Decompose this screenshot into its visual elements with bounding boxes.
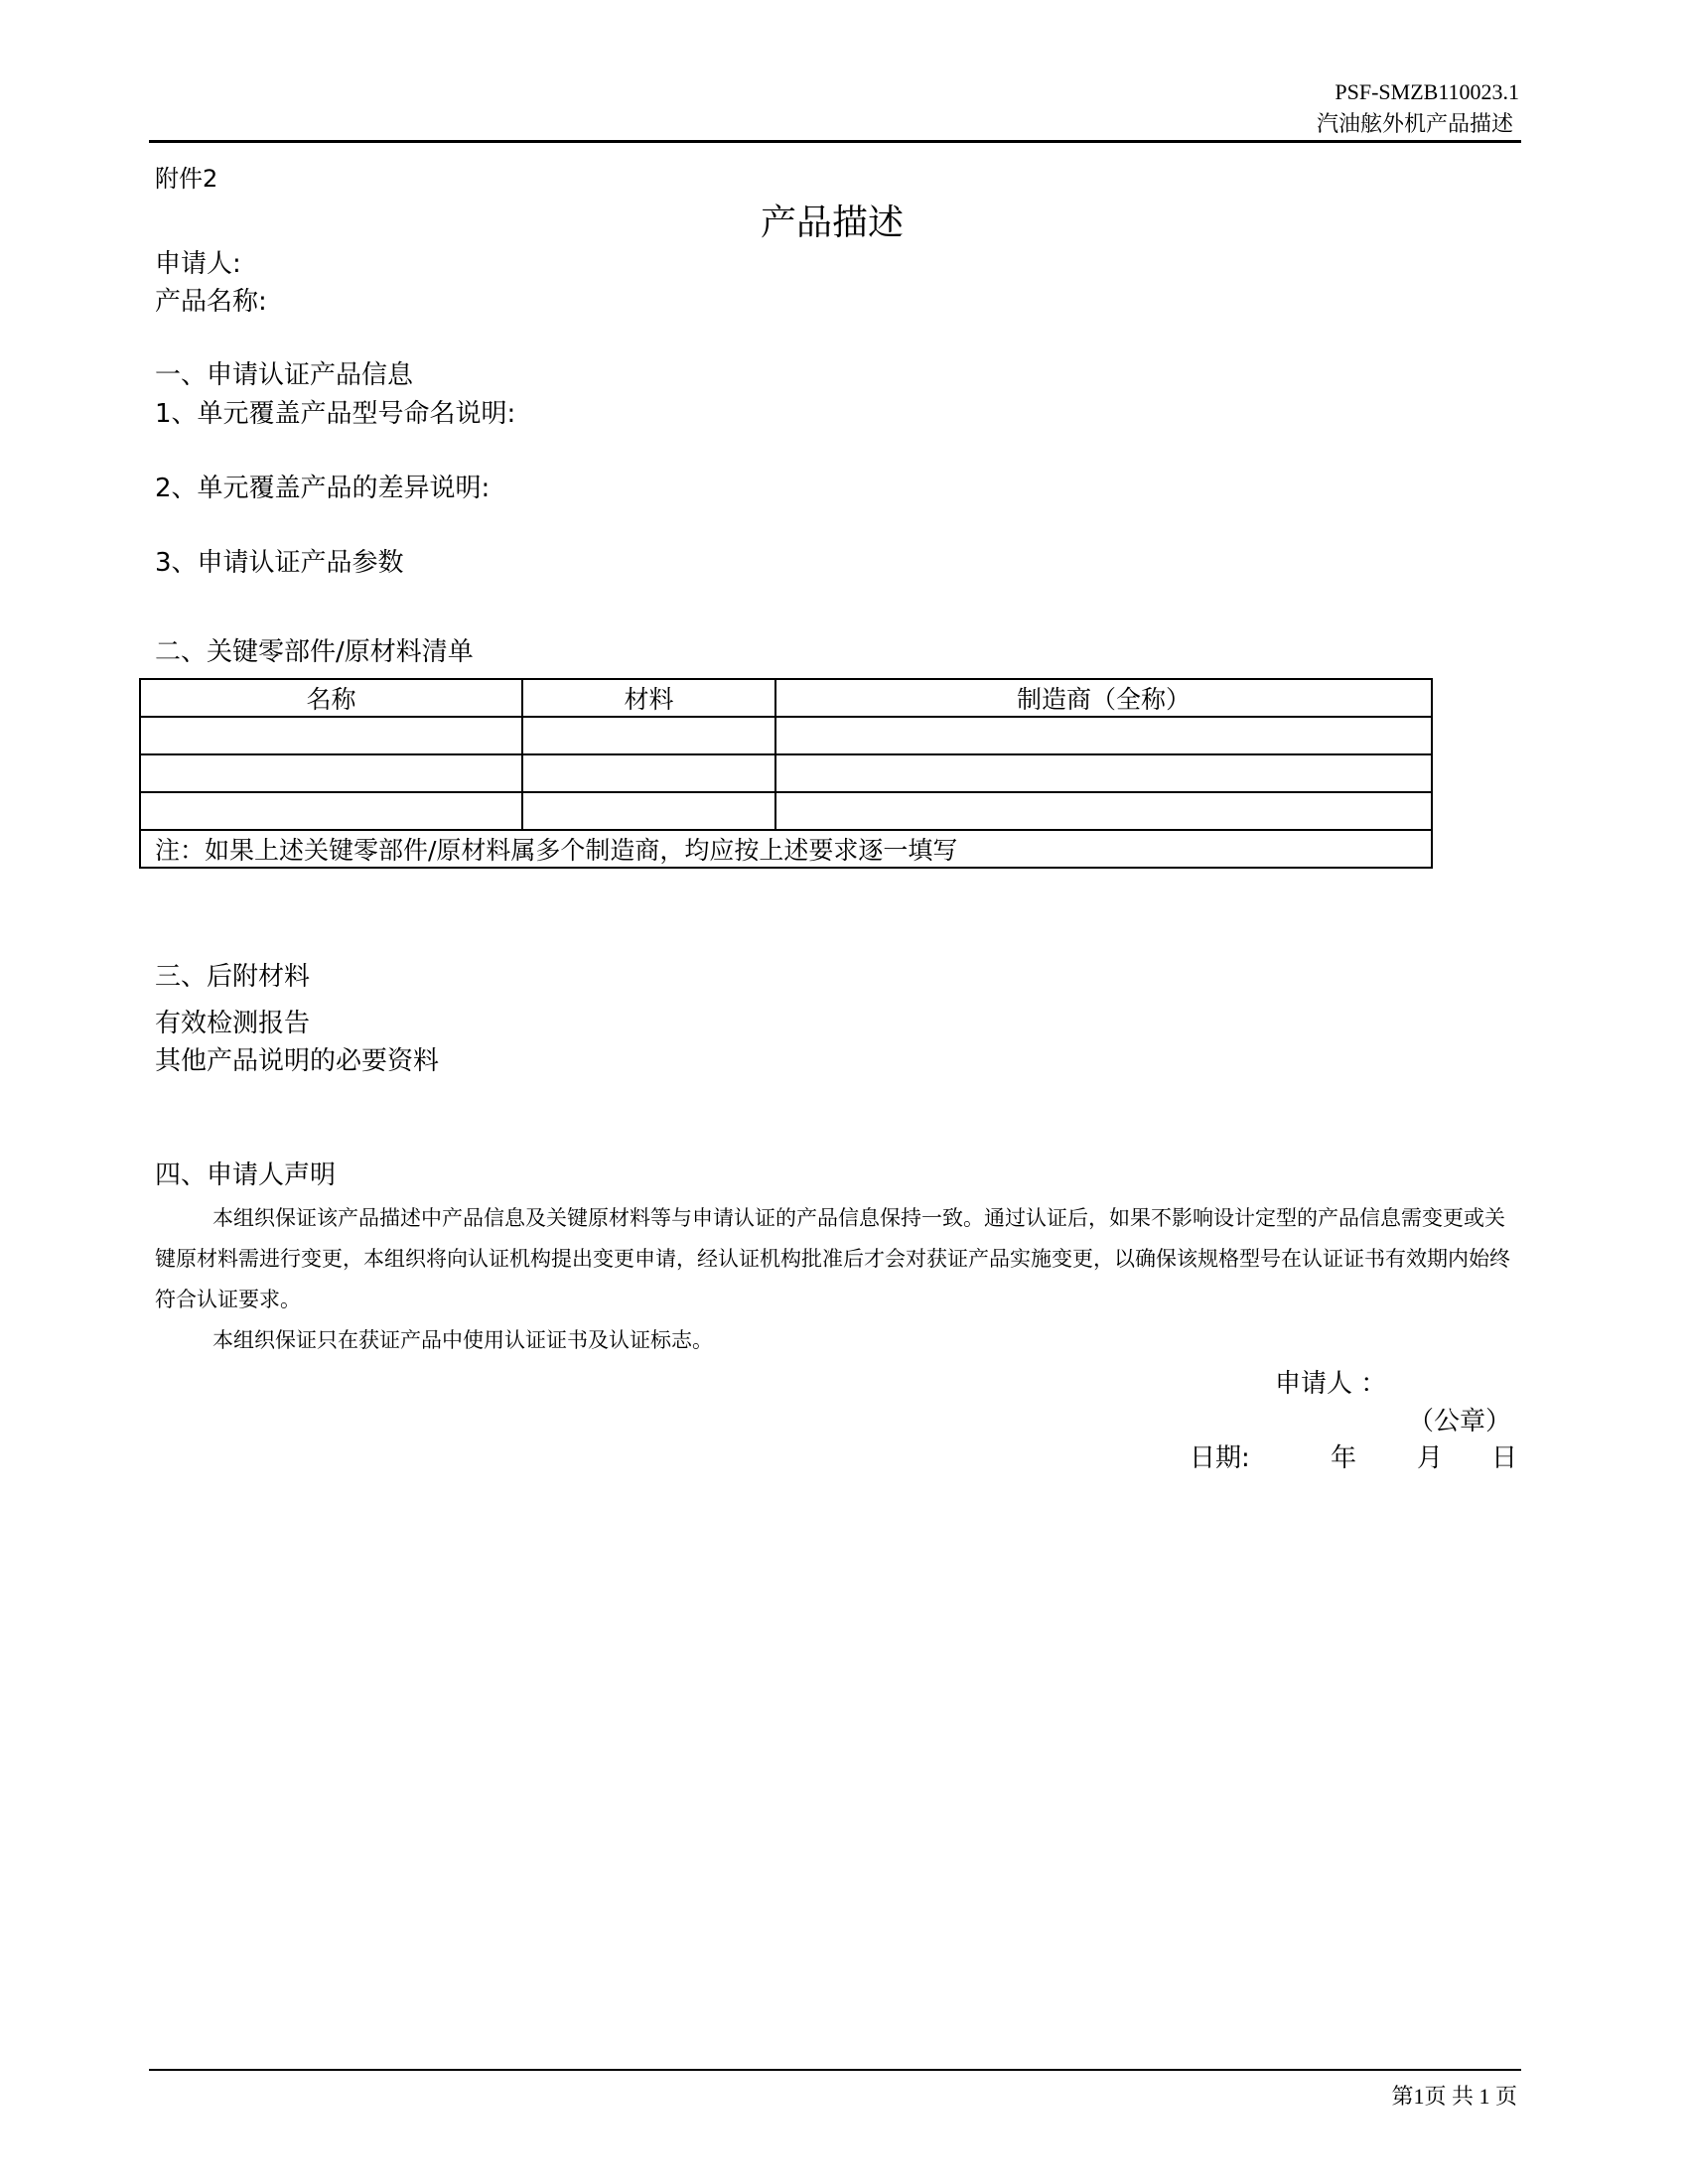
- page-title: 产品描述: [761, 195, 904, 245]
- cell-material[interactable]: [522, 792, 775, 830]
- attachment-item-other-docs: 其他产品说明的必要资料: [155, 1040, 439, 1077]
- page-number: 第1页 共 1 页: [1391, 2080, 1517, 2111]
- declaration-text: 本组织保证该产品描述中产品信息及关键原材料等与申请认证的产品信息保持一致。通过认…: [155, 1198, 1525, 1361]
- signature-applicant-label: 申请人 ：: [1275, 1363, 1386, 1400]
- section1-heading: 一、申请认证产品信息: [155, 354, 413, 391]
- table-row: [140, 754, 1432, 792]
- section2-heading: 二、关键零部件/原材料清单: [155, 631, 474, 668]
- section4-heading: 四、申请人声明: [155, 1155, 336, 1191]
- column-header-manufacturer: 制造商（全称）: [775, 679, 1432, 717]
- signature-date-label: 日期:: [1190, 1437, 1250, 1474]
- cell-name[interactable]: [140, 754, 522, 792]
- cell-manufacturer[interactable]: [775, 717, 1432, 754]
- attachment-item-test-report: 有效检测报告: [155, 1003, 310, 1039]
- section1-item-1: 1、单元覆盖产品型号命名说明:: [155, 393, 515, 430]
- cell-name[interactable]: [140, 792, 522, 830]
- document-code: PSF-SMZB110023.1: [1335, 79, 1519, 105]
- parts-table: 名称 材料 制造商（全称） 注：如果上述关键零部件/原材料属多个制造商，均应按上…: [139, 678, 1433, 869]
- cell-material[interactable]: [522, 717, 775, 754]
- table-note: 注：如果上述关键零部件/原材料属多个制造商，均应按上述要求逐一填写: [140, 830, 1432, 868]
- table-note-row: 注：如果上述关键零部件/原材料属多个制造商，均应按上述要求逐一填写: [140, 830, 1432, 868]
- footer-divider: [149, 2069, 1521, 2071]
- signature-day-label: 日: [1491, 1437, 1517, 1474]
- section1-item-3: 3、申请认证产品参数: [155, 542, 404, 579]
- header-divider: [149, 140, 1521, 143]
- signature-month-label: 月: [1417, 1437, 1443, 1474]
- cell-manufacturer[interactable]: [775, 754, 1432, 792]
- signature-seal-label: （公章）: [1408, 1401, 1511, 1437]
- table-row: [140, 717, 1432, 754]
- signature-year-label: 年: [1331, 1437, 1356, 1474]
- column-header-material: 材料: [522, 679, 775, 717]
- cell-material[interactable]: [522, 754, 775, 792]
- cell-name[interactable]: [140, 717, 522, 754]
- section1-item-2: 2、单元覆盖产品的差异说明:: [155, 468, 490, 504]
- document-header-title: 汽油舷外机产品描述: [1317, 107, 1513, 138]
- table-row: [140, 792, 1432, 830]
- product-name-label: 产品名称:: [155, 281, 267, 318]
- section3-heading: 三、后附材料: [155, 956, 310, 993]
- declaration-paragraph-1: 本组织保证该产品描述中产品信息及关键原材料等与申请认证的产品信息保持一致。通过认…: [155, 1198, 1525, 1320]
- declaration-paragraph-2: 本组织保证只在获证产品中使用认证证书及认证标志。: [155, 1320, 1525, 1361]
- table-header-row: 名称 材料 制造商（全称）: [140, 679, 1432, 717]
- attachment-label: 附件2: [155, 159, 217, 194]
- column-header-name: 名称: [140, 679, 522, 717]
- applicant-label: 申请人:: [155, 243, 241, 280]
- cell-manufacturer[interactable]: [775, 792, 1432, 830]
